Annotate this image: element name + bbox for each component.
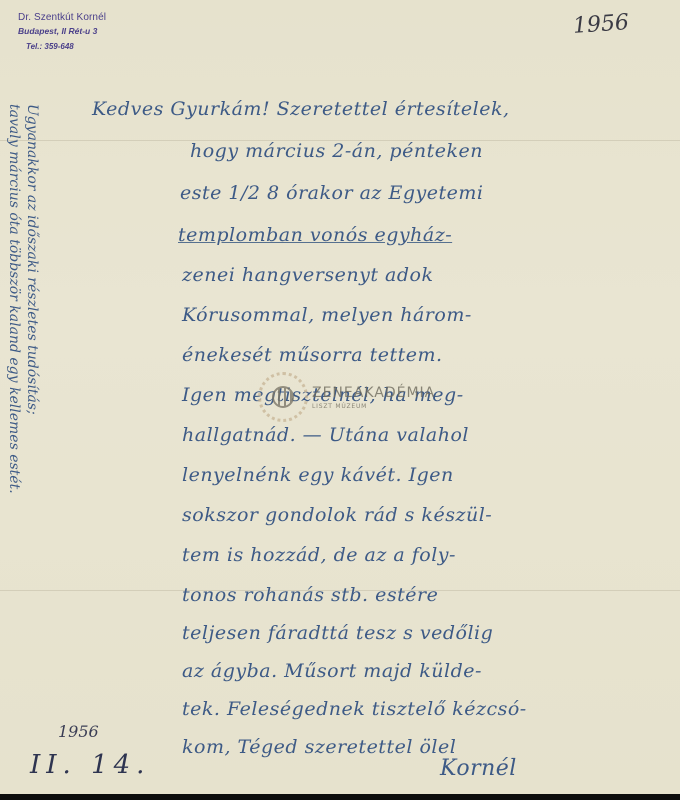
letter-line: Kedves Gyurkám! Szeretettel értesítelek, [92, 98, 510, 120]
scan-edge [0, 794, 680, 800]
letter-line: Kórusommal, melyen három- [182, 304, 472, 326]
letter-line: hogy március 2-án, pénteken [190, 140, 483, 162]
letterhead-name: Dr. Szentkút Kornél [18, 12, 106, 23]
letter-line: az ágyba. Műsort majd külde- [182, 660, 482, 682]
margin-note-line: Ugyanakkor az időszaki részletes tudósít… [24, 104, 40, 415]
letter-line: kom, Téged szeretettel ölel [182, 736, 456, 758]
letterhead-phone: Tel.: 359-648 [26, 42, 106, 51]
letter-line: énekesét műsorra tettem. [182, 344, 443, 366]
letter-line: zenei hangversenyt adok [182, 264, 433, 286]
watermark-title: ZENEAKADÉMIA [312, 385, 435, 401]
letterhead-address: Budapest, II Rét-u 3 [18, 26, 106, 36]
letter-line: tonos rohanás stb. estére [182, 584, 438, 606]
year-note: 1956 [58, 722, 99, 741]
date-note: II. 14. [30, 750, 150, 780]
letter-line: tek. Feleségednek tisztelő kézcsó- [182, 698, 527, 720]
letterhead-stamp: Dr. Szentkút Kornél Budapest, II Rét-u 3… [18, 12, 106, 51]
watermark-subtitle: LISZT MÚZEUM [312, 403, 435, 410]
letter-page: Dr. Szentkút Kornél Budapest, II Rét-u 3… [0, 0, 680, 794]
margin-note-line: tavaly március óta többször kaland egy k… [6, 104, 22, 494]
letter-line: teljesen fáradttá tesz s vedőlig [182, 622, 493, 644]
letter-line: lenyelnénk egy kávét. Igen [182, 464, 454, 486]
letter-line: hallgatnád. — Utána valahol [182, 424, 469, 446]
signature: Kornél [440, 756, 517, 781]
letter-line: tem is hozzád, de az a foly- [182, 544, 456, 566]
letter-line: este 1/2 8 órakor az Egyetemi [180, 182, 483, 204]
letter-line: templomban vonós egyház- [178, 224, 452, 246]
zeneakademia-watermark: ZENEAKADÉMIA LISZT MÚZEUM [258, 372, 435, 422]
lyre-wreath-icon [258, 372, 308, 422]
letter-line: sokszor gondolok rád s készül- [182, 504, 492, 526]
year-annotation: 1956 [572, 10, 630, 39]
